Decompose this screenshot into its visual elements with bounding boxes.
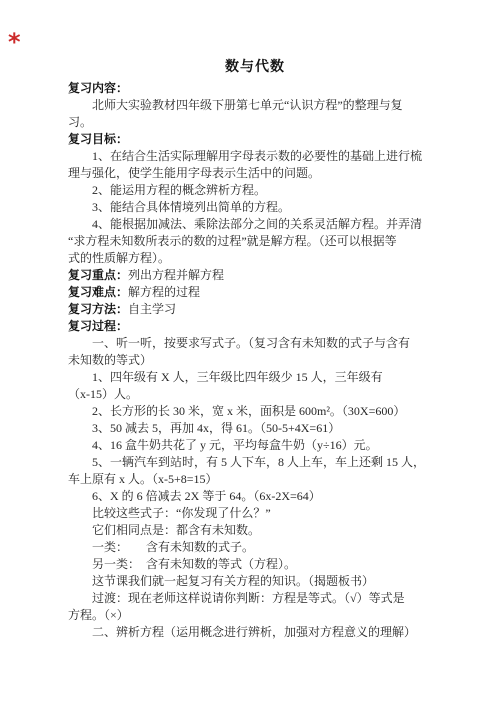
doc-line-text: 列出方程并解方程: [128, 268, 224, 282]
doc-line: 复习难点：解方程的过程: [68, 284, 442, 301]
doc-line-label: 复习方法：: [68, 302, 128, 316]
doc-line: 这节课我们就一起复习有关方程的知识。（揭题板书）: [68, 573, 442, 590]
doc-line: 1、四年级有 X 人，三年级比四年级少 15 人，三年级有: [68, 369, 442, 386]
doc-line-text: 车上原有 x 人。（x-5+8=15）: [68, 472, 218, 486]
doc-line-text: 方程。（×）: [68, 608, 129, 622]
doc-line-text: 另一类： 含有未知数的等式（方程）。: [92, 557, 296, 571]
doc-line: 2、长方形的长 30 米，宽 x 米，面积是 600m²。（30X=600）: [68, 403, 442, 420]
doc-line: 车上原有 x 人。（x-5+8=15）: [68, 471, 442, 488]
doc-line: （x-15）人。: [68, 386, 442, 403]
doc-line-text: 4、16 盒牛奶共花了 y 元，平均每盒牛奶（y÷16）元。: [92, 438, 378, 452]
doc-line: 4、能根据加减法、乘除法部分之间的关系灵活解方程。并弄清: [68, 216, 442, 233]
doc-line-text: 过渡：现在老师这样说请你判断：方程是等式。（√）等式是: [92, 591, 405, 605]
doc-line-text: 理与强化，使学生能用字母表示生活中的问题。: [68, 166, 320, 180]
doc-line: 未知数的等式）: [68, 352, 442, 369]
doc-line-text: 3、能结合具体情境列出简单的方程。: [92, 200, 290, 214]
doc-line: 复习重点：列出方程并解方程: [68, 267, 442, 284]
doc-line-text: 一、听一听，按要求写式子。（复习含有未知数的式子与含有: [92, 336, 410, 350]
doc-line: 过渡：现在老师这样说请你判断：方程是等式。（√）等式是: [68, 590, 442, 607]
doc-line-text: 二、辨析方程（运用概念进行辨析，加强对方程意义的理解）: [92, 625, 416, 639]
document-body: 复习内容：北师大实验教材四年级下册第七单元“认识方程”的整理与复习。复习目标：1…: [68, 80, 442, 641]
doc-line: 习。: [68, 114, 442, 131]
doc-line: 3、50 减去 5，再加 4x，得 61。（50-5+4X=61）: [68, 420, 442, 437]
doc-line: 一、听一听，按要求写式子。（复习含有未知数的式子与含有: [68, 335, 442, 352]
doc-line-text: 6、X 的 6 倍减去 2X 等于 64。（6x-2X=64）: [92, 489, 321, 503]
doc-line: 6、X 的 6 倍减去 2X 等于 64。（6x-2X=64）: [68, 488, 442, 505]
doc-line-text: 它们相同点是：都含有未知数。: [92, 523, 260, 537]
doc-line-text: 习。: [68, 115, 92, 129]
doc-line: 它们相同点是：都含有未知数。: [68, 522, 442, 539]
document-page: * 数与代数 复习内容：北师大实验教材四年级下册第七单元“认识方程”的整理与复习…: [0, 0, 500, 708]
doc-line-text: 自主学习: [128, 302, 176, 316]
doc-line: 复习目标：: [68, 131, 442, 148]
doc-line-text: 1、在结合生活实际理解用字母表示数的必要性的基础上进行梳: [92, 149, 422, 163]
page-title: 数与代数: [68, 58, 442, 77]
doc-line-text: 式的性质解方程）。: [68, 251, 170, 265]
doc-line-text: 复习目标：: [68, 132, 128, 146]
doc-line-text: 5、一辆汽车到站时，有 5 人下车，8 人上车，车上还剩 15 人，: [92, 455, 425, 469]
doc-line-text: 解方程的过程: [128, 285, 200, 299]
doc-line-text: 复习内容：: [68, 81, 128, 95]
doc-line-text: 这节课我们就一起复习有关方程的知识。（揭题板书）: [92, 574, 374, 588]
doc-line: 另一类： 含有未知数的等式（方程）。: [68, 556, 442, 573]
doc-line: 1、在结合生活实际理解用字母表示数的必要性的基础上进行梳: [68, 148, 442, 165]
doc-line-text: 北师大实验教材四年级下册第七单元“认识方程”的整理与复: [92, 98, 403, 112]
doc-line: 二、辨析方程（运用概念进行辨析，加强对方程意义的理解）: [68, 624, 442, 641]
doc-line: 方程。（×）: [68, 607, 442, 624]
doc-line-label: 复习重点：: [68, 268, 128, 282]
doc-line-text: 4、能根据加减法、乘除法部分之间的关系灵活解方程。并弄清: [92, 217, 422, 231]
doc-line: 复习内容：: [68, 80, 442, 97]
doc-line: 4、16 盒牛奶共花了 y 元，平均每盒牛奶（y÷16）元。: [68, 437, 442, 454]
doc-line-text: 复习过程：: [68, 319, 128, 333]
red-watermark-icon: *: [8, 30, 21, 54]
doc-line-text: 1、四年级有 X 人，三年级比四年级少 15 人，三年级有: [92, 370, 383, 384]
doc-line-text: （x-15）人。: [68, 387, 138, 401]
doc-line: 比较这些式子：“你发现了什么？”: [68, 505, 442, 522]
doc-line-text: 未知数的等式）: [68, 353, 152, 367]
doc-line-text: “求方程未知数所表示的数的过程”就是解方程。（还可以根据等: [68, 234, 397, 248]
doc-line: 北师大实验教材四年级下册第七单元“认识方程”的整理与复: [68, 97, 442, 114]
doc-line: 一类： 含有未知数的式子。: [68, 539, 442, 556]
doc-line-text: 2、能运用方程的概念辨析方程。: [92, 183, 266, 197]
doc-line-text: 比较这些式子：“你发现了什么？”: [92, 506, 271, 520]
doc-line-text: 3、50 减去 5，再加 4x，得 61。（50-5+4X=61）: [92, 421, 340, 435]
doc-line: 3、能结合具体情境列出简单的方程。: [68, 199, 442, 216]
doc-line: 2、能运用方程的概念辨析方程。: [68, 182, 442, 199]
doc-line: “求方程未知数所表示的数的过程”就是解方程。（还可以根据等: [68, 233, 442, 250]
doc-line: 式的性质解方程）。: [68, 250, 442, 267]
doc-line: 理与强化，使学生能用字母表示生活中的问题。: [68, 165, 442, 182]
doc-line: 5、一辆汽车到站时，有 5 人下车，8 人上车，车上还剩 15 人，: [68, 454, 442, 471]
doc-line: 复习方法：自主学习: [68, 301, 442, 318]
doc-line-text: 2、长方形的长 30 米，宽 x 米，面积是 600m²。（30X=600）: [92, 404, 405, 418]
doc-line: 复习过程：: [68, 318, 442, 335]
doc-line-text: 一类： 含有未知数的式子。: [92, 540, 254, 554]
doc-line-label: 复习难点：: [68, 285, 128, 299]
